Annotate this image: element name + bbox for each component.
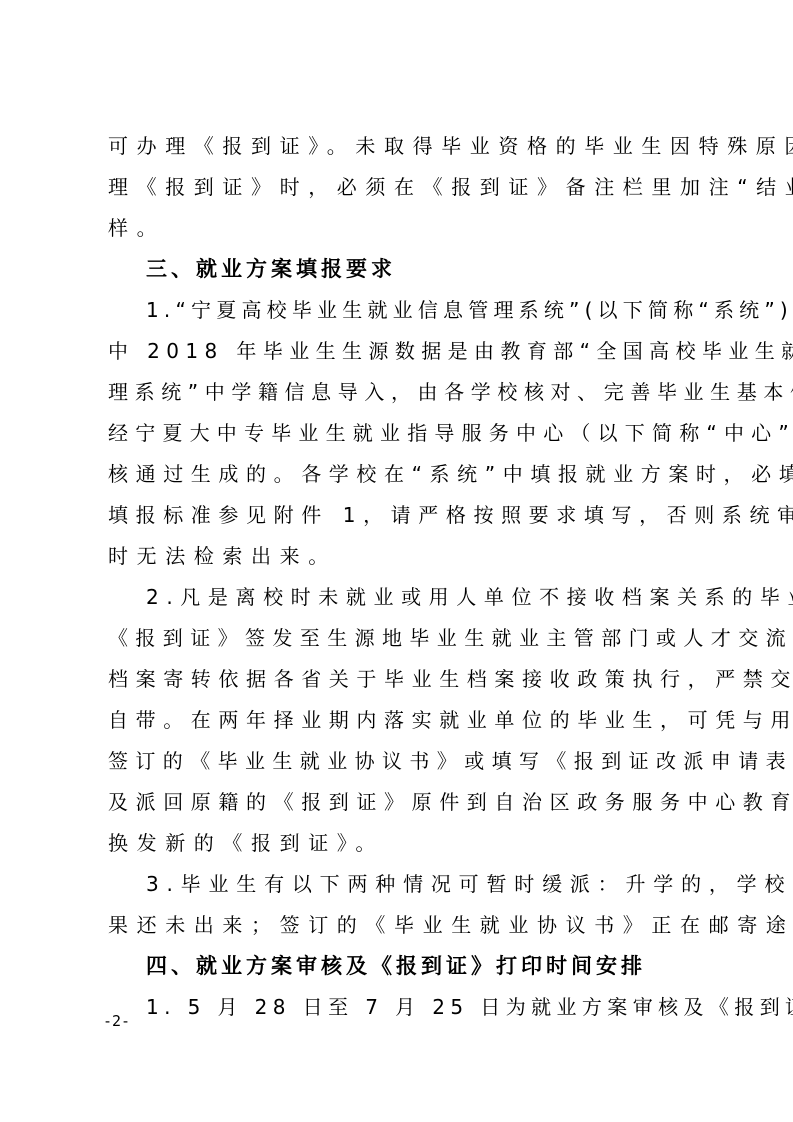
paragraph-line: 及派回原籍的《报到证》原件到自治区政务服务中心教育厅窗口 (108, 782, 690, 823)
paragraph-line: 经宁夏大中专毕业生就业指导服务中心（以下简称“中心”）审 (108, 413, 690, 454)
paragraph-line: 理系统”中学籍信息导入，由各学校核对、完善毕业生基本信息， (108, 372, 690, 413)
paragraph-line: 中 2018 年毕业生生源数据是由教育部“全国高校毕业生就业管 (108, 331, 690, 372)
paragraph-line: 理《报到证》时，必须在《报到证》备注栏里加注“结业生”字 (108, 167, 690, 208)
section-heading-4: 四、就业方案审核及《报到证》打印时间安排 (108, 946, 690, 987)
paragraph-line: 档案寄转依据各省关于毕业生档案接收政策执行，严禁交由学生 (108, 659, 690, 700)
paragraph-line: 1.“宁夏高校毕业生就业信息管理系统”(以下简称“系统”) (108, 290, 690, 331)
paragraph-line: 可办理《报到证》。未取得毕业资格的毕业生因特殊原因确需办 (108, 126, 690, 167)
page-number: -2- (103, 1012, 130, 1030)
paragraph-line: 样。 (108, 208, 690, 249)
paragraph-line: 签订的《毕业生就业协议书》或填写《报到证改派申请表》，以 (108, 741, 690, 782)
paragraph-line: 核通过生成的。各学校在“系统”中填报就业方案时，必填字段 (108, 454, 690, 495)
paragraph-line: 填报标准参见附件 1，请严格按照要求填写，否则系统审核数据 (108, 495, 690, 536)
paragraph-line: 换发新的《报到证》。 (108, 823, 690, 864)
paragraph-line: 3.毕业生有以下两种情况可暂时缓派：升学的，学校录取结 (108, 864, 690, 905)
paragraph-line: 1. 5 月 28 日至 7 月 25 日为就业方案审核及《报到证》集 (108, 987, 690, 1028)
section-heading-3: 三、就业方案填报要求 (108, 249, 690, 290)
paragraph-line: 果还未出来；签订的《毕业生就业协议书》正在邮寄途中。 (108, 905, 690, 946)
paragraph-line: 时无法检索出来。 (108, 536, 690, 577)
paragraph-line: 2.凡是离校时未就业或用人单位不接收档案关系的毕业生， (108, 577, 690, 618)
paragraph-line: 《报到证》签发至生源地毕业生就业主管部门或人才交流机构， (108, 618, 690, 659)
paragraph-line: 自带。在两年择业期内落实就业单位的毕业生，可凭与用人单位 (108, 700, 690, 741)
document-body: 可办理《报到证》。未取得毕业资格的毕业生因特殊原因确需办 理《报到证》时，必须在… (108, 126, 690, 1028)
